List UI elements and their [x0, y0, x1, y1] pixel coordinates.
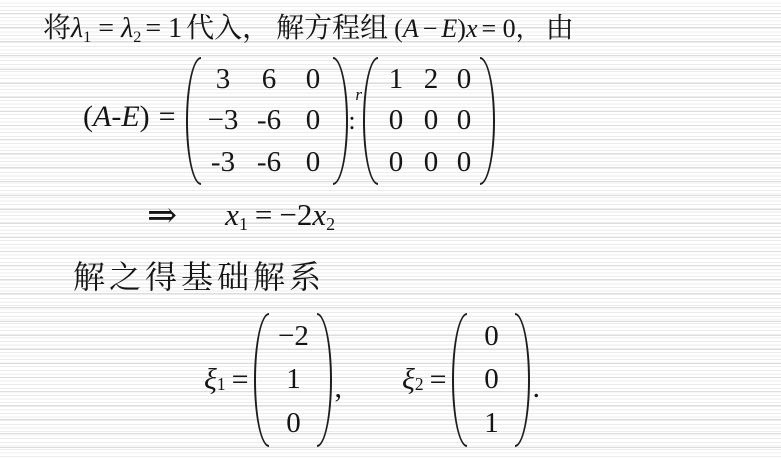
row-operation-colon: : — [348, 109, 355, 133]
xi1-column-vector: −2 1 0 — [254, 313, 332, 447]
intro-prefix: 将 — [43, 13, 71, 44]
matrix-cell: 0 — [389, 146, 404, 179]
xi2-vector-cells: 0 0 1 — [467, 313, 515, 447]
paren-right — [515, 313, 530, 447]
lhs-close-paren: ) — [140, 100, 150, 133]
paren-right — [480, 57, 495, 185]
lhs-hyphen: - — [111, 100, 121, 133]
vector-cell: 0 — [484, 320, 499, 353]
solve-label: 解方程组 — [276, 13, 388, 44]
vector-cell: 0 — [484, 363, 499, 396]
matrix-cell: 6 — [262, 63, 277, 96]
var-x: x — [466, 14, 478, 43]
lambda2-symbol: λ — [121, 13, 133, 44]
matrix-cell: -6 — [257, 104, 281, 137]
matrix-cell: 0 — [306, 146, 321, 179]
var-x1: x — [225, 197, 239, 233]
matrix-cell: 0 — [389, 104, 404, 137]
matrix-cell: −3 — [208, 104, 239, 137]
matrix-lhs: (A-E)= — [83, 100, 176, 134]
vector-cell: −2 — [278, 320, 309, 353]
basis-vector-2: ξ2= 0 0 1 . — [402, 310, 540, 450]
lhs-var-A: A — [93, 100, 111, 133]
coefficient: −2 — [279, 197, 312, 233]
xi2-column-vector: 0 0 1 — [452, 313, 530, 447]
matrix-cell: 2 — [424, 63, 439, 96]
var-x2: x — [312, 197, 326, 233]
row-reduced-matrix-cells: 1 2 0 0 0 0 0 0 0 — [378, 57, 480, 185]
xi1-equals: = — [232, 363, 249, 397]
paren-left — [452, 313, 467, 447]
matrix-cell: 0 — [457, 63, 472, 96]
implication-line: ⇒ x1=−2x2 — [147, 196, 335, 233]
vector-cell: 1 — [484, 407, 499, 440]
lhs-var-E: E — [121, 100, 139, 133]
matrix-cell: 1 — [389, 63, 404, 96]
lambda2-subscript: 2 — [133, 28, 141, 46]
lambda1-subscript: 1 — [83, 28, 91, 46]
xi1-vector-cells: −2 1 0 — [269, 313, 317, 447]
paren-left — [186, 57, 201, 185]
xi1-subscript: 1 — [217, 374, 226, 395]
xi1-symbol: ξ — [204, 363, 217, 397]
vector-cell: 1 — [286, 363, 301, 396]
matrix-cell: 0 — [306, 63, 321, 96]
open-paren: ( — [394, 14, 403, 43]
xi2-punctuation: . — [532, 371, 540, 405]
row-operation-mark: r : — [341, 85, 363, 133]
coefficient-matrix: 3 6 0 −3 -6 0 -3 -6 0 — [186, 57, 348, 185]
x1-subscript: 1 — [239, 214, 248, 235]
row-reduced-matrix: 1 2 0 0 0 0 0 0 0 — [363, 57, 495, 185]
system-expression: (A−E)x= 0， — [394, 14, 546, 43]
paren-left — [363, 57, 378, 185]
row-operation-superscript: r — [355, 85, 362, 105]
basis-vector-1: ξ1= −2 1 0 , — [204, 310, 342, 450]
intro-line: 将λ1=λ2= 1代入，解方程组(A−E)x= 0，由 — [43, 6, 574, 46]
lhs-open-paren: ( — [83, 100, 93, 133]
matrix-cell: 0 — [457, 146, 472, 179]
lambda1-symbol: λ — [71, 13, 83, 44]
basis-intro-line: 解之得基础解系 — [73, 252, 325, 298]
var-A: A — [403, 14, 419, 43]
matrix-cell: 3 — [216, 63, 231, 96]
x2-subscript: 2 — [326, 214, 335, 235]
paren-left — [254, 313, 269, 447]
matrix-cell: -3 — [211, 146, 235, 179]
implies-arrow-icon: ⇒ — [147, 198, 177, 234]
close-paren: ) — [457, 14, 466, 43]
matrix-cell: 0 — [424, 104, 439, 137]
paren-right — [317, 313, 332, 447]
matrix-cell: 0 — [457, 104, 472, 137]
var-E: E — [441, 14, 457, 43]
equals-sign-1: = — [98, 13, 114, 44]
equals-zero: = 0， — [482, 14, 542, 43]
implication-equals: = — [255, 197, 272, 233]
matrix-cell: -6 — [257, 146, 281, 179]
equals-one: = 1 — [145, 13, 182, 44]
xi2-symbol: ξ — [402, 363, 415, 397]
vector-cell: 0 — [286, 407, 301, 440]
lhs-equals: = — [159, 100, 176, 133]
xi1-punctuation: , — [334, 371, 342, 405]
matrix-cell: 0 — [306, 104, 321, 137]
intro-middle: 代入， — [186, 13, 270, 44]
xi2-subscript: 2 — [415, 374, 424, 395]
coefficient-matrix-cells: 3 6 0 −3 -6 0 -3 -6 0 — [201, 57, 333, 185]
matrix-cell: 0 — [424, 146, 439, 179]
slide-canvas: 将λ1=λ2= 1代入，解方程组(A−E)x= 0，由 (A-E)= 3 6 0… — [0, 0, 781, 459]
minus-sign: − — [423, 14, 438, 43]
intro-suffix: 由 — [546, 13, 574, 44]
xi2-equals: = — [430, 363, 447, 397]
